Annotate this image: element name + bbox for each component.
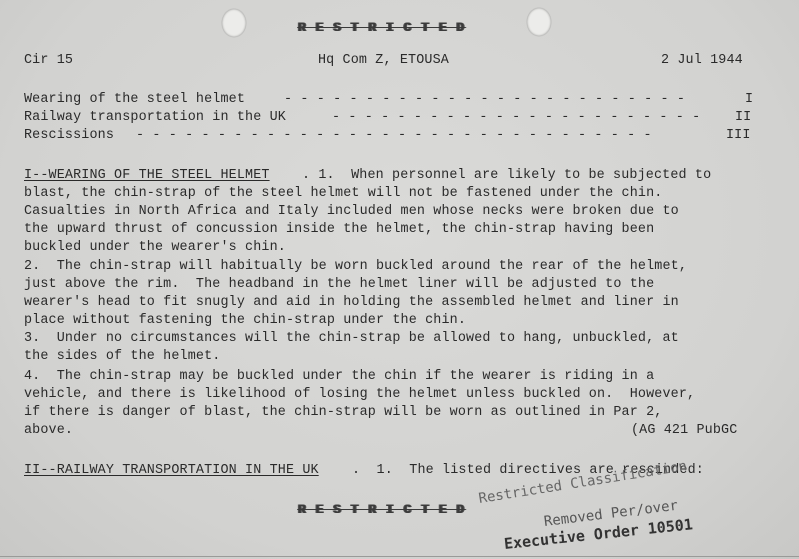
toc-entry-section: I	[745, 91, 753, 109]
body-line: wearer's head to fit snugly and aid in h…	[24, 294, 679, 312]
toc-entry-title: Railway transportation in the UK	[24, 109, 286, 127]
page-edge	[0, 556, 799, 557]
body-line: place without fastening the chin-strap u…	[24, 312, 466, 330]
body-line: Casualties in North Africa and Italy inc…	[24, 203, 679, 221]
body-line: the upward thrust of concussion inside t…	[24, 221, 654, 239]
punch-hole-left	[222, 9, 246, 37]
classification-marking-bottom: R E S T R I C T E D	[298, 502, 465, 517]
section-2-heading: II--RAILWAY TRANSPORTATION IN THE UK	[24, 462, 319, 480]
body-line: just above the rim. The headband in the …	[24, 276, 654, 294]
toc-entry-section: III	[726, 127, 751, 145]
body-line: buckled under the wearer's chin.	[24, 239, 286, 257]
body-line: if there is danger of blast, the chin-st…	[24, 404, 662, 422]
punch-hole-right	[527, 8, 551, 36]
toc-entry-leader: - - - - - - - - - - - - - - - - - - - - …	[136, 127, 652, 145]
body-line: 3. Under no circumstances will the chin-…	[24, 330, 679, 348]
issuing-headquarters: Hq Com Z, ETOUSA	[318, 52, 449, 70]
document-date: 2 Jul 1944	[661, 52, 743, 70]
classification-marking-top: R E S T R I C T E D	[298, 20, 465, 35]
body-line: 4. The chin-strap may be buckled under t…	[24, 368, 654, 386]
toc-entry-leader: - - - - - - - - - - - - - - - - - - - - …	[332, 109, 700, 127]
body-line: blast, the chin-strap of the steel helme…	[24, 185, 662, 203]
toc-entry-title: Rescissions	[24, 127, 114, 145]
file-reference: (AG 421 PubGC	[631, 422, 737, 440]
toc-entry-section: II	[735, 109, 751, 127]
body-line: above.	[24, 422, 73, 440]
body-line: the sides of the helmet.	[24, 348, 220, 366]
toc-entry-leader: - - - - - - - - - - - - - - - - - - - - …	[284, 91, 685, 109]
document-page: R E S T R I C T E D Cir 15 Hq Com Z, ETO…	[0, 0, 799, 559]
body-line: . 1. When personnel are likely to be sub…	[302, 167, 711, 185]
body-line: vehicle, and there is likelihood of losi…	[24, 386, 695, 404]
circular-number: Cir 15	[24, 52, 73, 70]
body-line: 2. The chin-strap will habitually be wor…	[24, 258, 687, 276]
toc-entry-title: Wearing of the steel helmet	[24, 91, 245, 109]
section-1-heading: I--WEARING OF THE STEEL HELMET	[24, 167, 270, 185]
